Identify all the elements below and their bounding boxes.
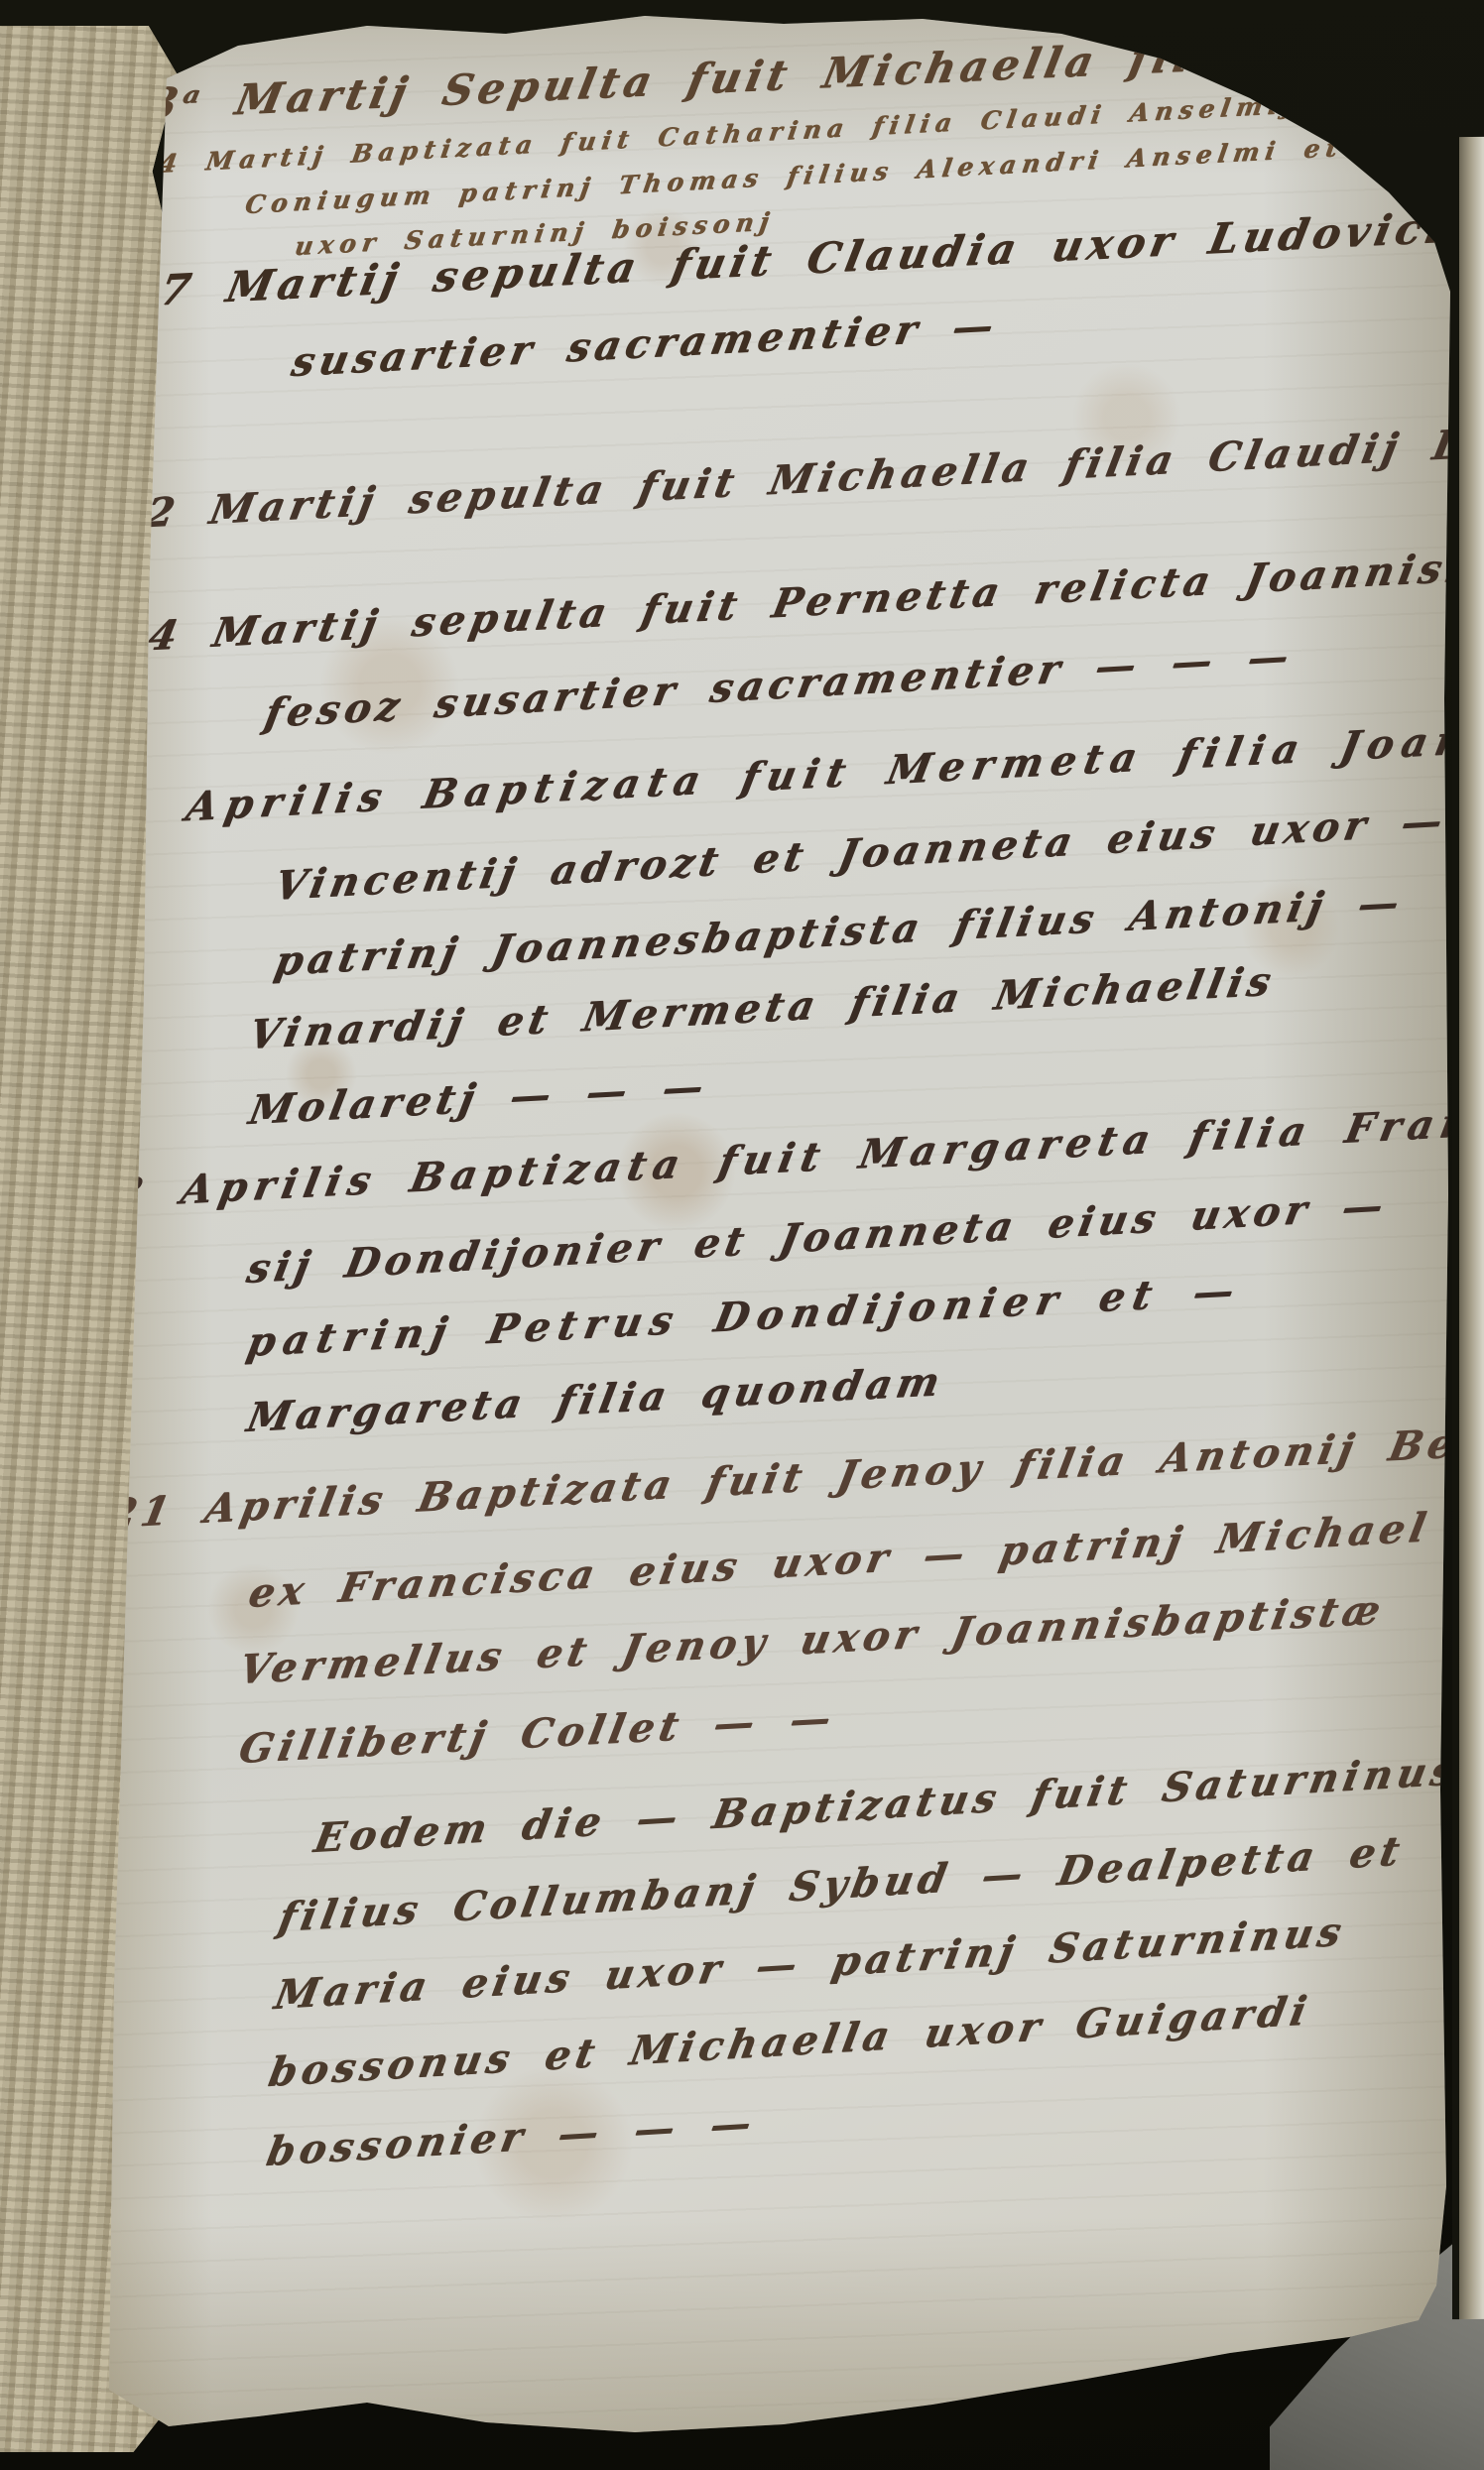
manuscript-line: 22 Martij sepulta fuit Michaella filia C… <box>109 412 1484 539</box>
manuscript-line: Margareta filia quondam <box>243 1358 948 1441</box>
manuscript-line: Molaretj — — — <box>245 1062 712 1134</box>
manuscript-line: Gillibertj Collet — — <box>235 1694 839 1773</box>
manuscript-photo: 13ᵃ Martij Sepulta fuit Michaella filia … <box>0 0 1484 2470</box>
register-page: 13ᵃ Martij Sepulta fuit Michaella filia … <box>89 4 1454 2436</box>
manuscript-line: 13ᵃ Martij Sepulta fuit Michaella filia … <box>109 6 1484 130</box>
manuscript-line: fesoz susartier sacramentier — — — <box>261 633 1298 737</box>
manuscript-line: bossonier — — — <box>263 2099 760 2175</box>
manuscript-line: susartier sacramentier — <box>288 302 1002 386</box>
adjacent-page-fore-edge <box>1452 137 1484 2319</box>
